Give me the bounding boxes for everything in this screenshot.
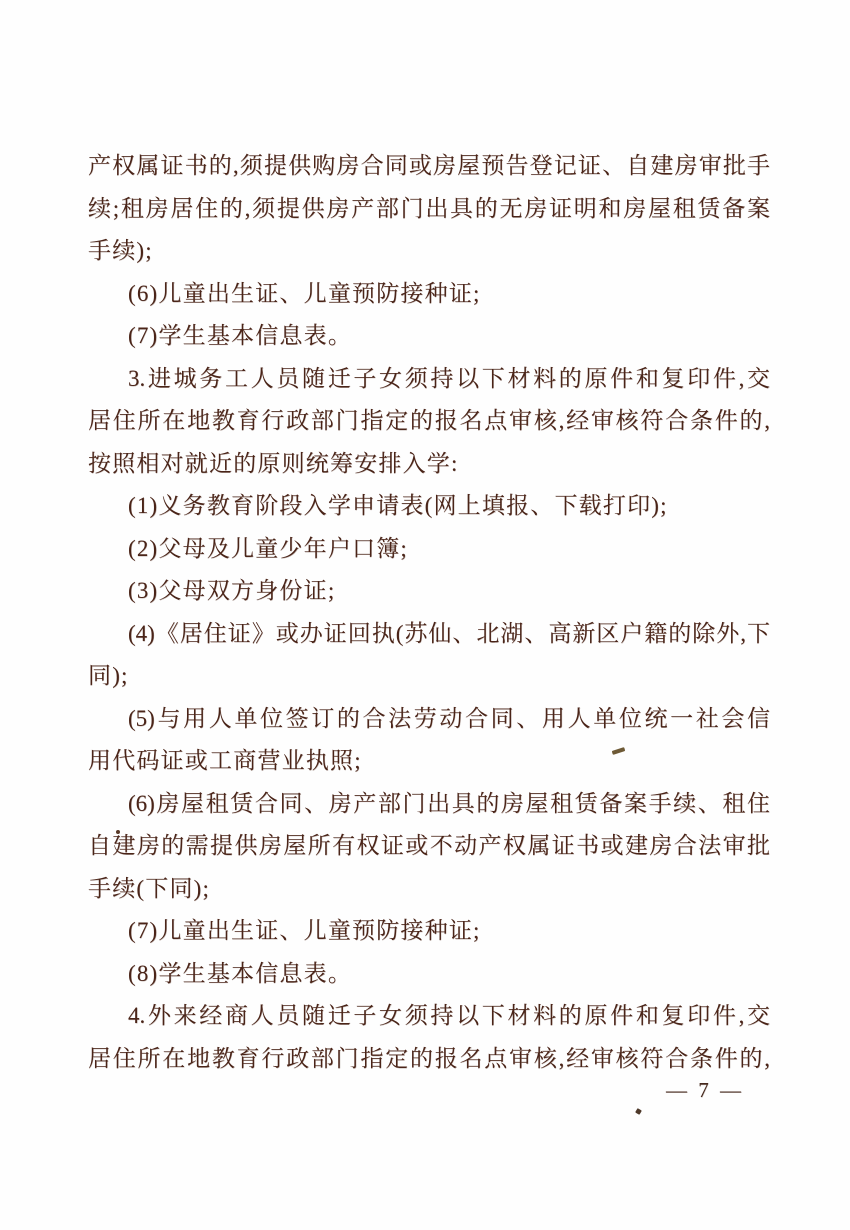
document-line: 手续); [88, 230, 770, 273]
document-line: 自建房的需提供房屋所有权证或不动产权属证书或建房合法审批 [88, 825, 770, 868]
document-line: 手续(下同); [88, 868, 770, 911]
document-line: (6)房屋租赁合同、房产部门出具的房屋租赁备案手续、租住 [88, 783, 770, 826]
document-line: 同); [88, 655, 770, 698]
document-line: 产权属证书的,须提供购房合同或房屋预告登记证、自建房审批手 [88, 145, 770, 188]
document-line: 居住所在地教育行政部门指定的报名点审核,经审核符合条件的, [88, 1038, 770, 1081]
document-line: 3.进城务工人员随迁子女须持以下材料的原件和复印件,交 [88, 358, 770, 401]
document-line: (4)《居住证》或办证回执(苏仙、北湖、高新区户籍的除外,下 [88, 613, 770, 656]
scan-speck [635, 1108, 642, 1115]
page-number: — 7 — [88, 1078, 770, 1103]
document-line: 居住所在地教育行政部门指定的报名点审核,经审核符合条件的, [88, 400, 770, 443]
document-line: (6)儿童出生证、儿童预防接种证; [88, 273, 770, 316]
document-body: 产权属证书的,须提供购房合同或房屋预告登记证、自建房审批手续;租房居住的,须提供… [88, 145, 770, 1080]
document-line: 续;租房居住的,须提供房产部门出具的无房证明和房屋租赁备案 [88, 188, 770, 231]
scan-speck [116, 830, 120, 834]
document-page: 产权属证书的,须提供购房合同或房屋预告登记证、自建房审批手续;租房居住的,须提供… [0, 0, 850, 1230]
document-line: (7)学生基本信息表。 [88, 315, 770, 358]
document-line: 用代码证或工商营业执照; [88, 740, 770, 783]
document-line: 4.外来经商人员随迁子女须持以下材料的原件和复印件,交 [88, 995, 770, 1038]
document-line: (5)与用人单位签订的合法劳动合同、用人单位统一社会信 [88, 698, 770, 741]
document-line: 按照相对就近的原则统筹安排入学: [88, 443, 770, 486]
document-line: (8)学生基本信息表。 [88, 953, 770, 996]
document-line: (3)父母双方身份证; [88, 570, 770, 613]
document-line: (7)儿童出生证、儿童预防接种证; [88, 910, 770, 953]
document-line: (2)父母及儿童少年户口簿; [88, 528, 770, 571]
document-line: (1)义务教育阶段入学申请表(网上填报、下载打印); [88, 485, 770, 528]
